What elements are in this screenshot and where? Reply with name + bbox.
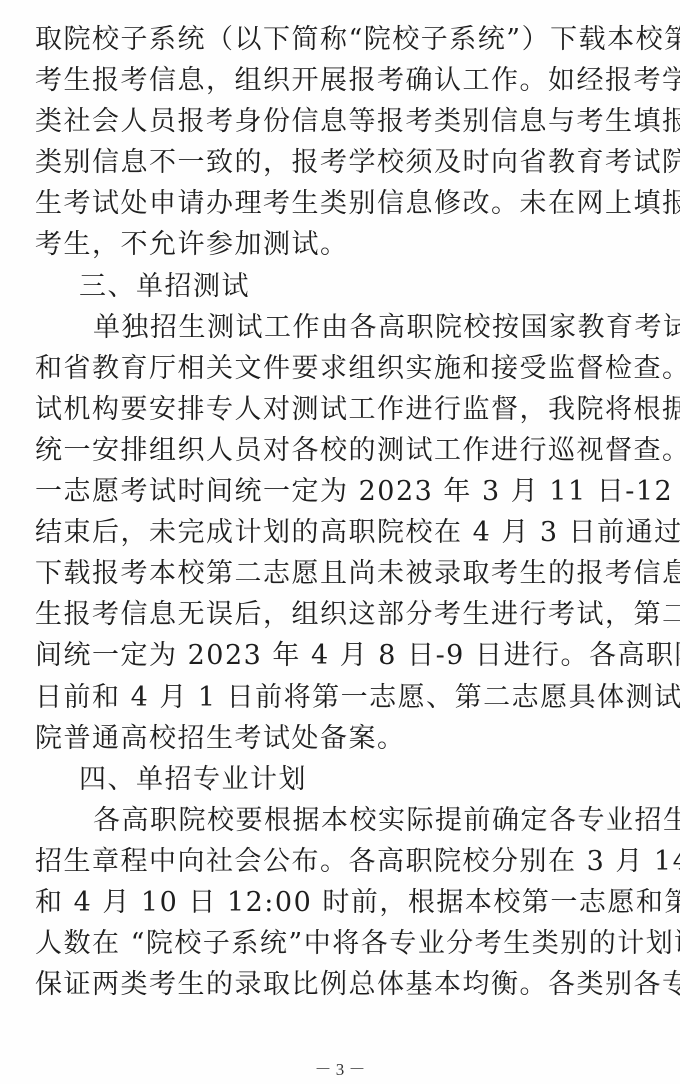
paragraph-line: 一志愿考试时间统一定为 2023 年 3 月 11 日-12 日。第一志愿录取 [35,471,657,512]
document-body: 取院校子系统（以下简称“院校子系统”）下载本校第一志愿的 考生报考信息，组织开展… [35,19,657,1005]
section-heading-4: 四、单招专业计划 [35,759,657,800]
paragraph-line: 和 4 月 10 日 12:00 时前，根据本校第一志愿和第二志愿实际参考 [35,882,657,923]
paragraph-line: 考生，不允许参加测试。 [35,224,657,265]
paragraph-line: 试机构要安排专人对测试工作进行监督，我院将根据省教育厅的 [35,389,657,430]
section-heading-3: 三、单招测试 [35,266,657,307]
paragraph-line: 各高职院校要根据本校实际提前确定各专业招生计划，并在 [35,800,657,841]
paragraph-line: 生考试处申请办理考生类别信息修改。未在网上填报单招志愿的 [35,183,657,224]
paragraph-line: 类别信息不一致的，报考学校须及时向省教育考试院普通高校招 [35,142,657,183]
paragraph-line: 生报考信息无误后，组织这部分考生进行考试，第二志愿考试时 [35,594,657,635]
paragraph-line: 人数在 “院校子系统”中将各专业分考生类别的计划调整到位， [35,923,657,964]
paragraph-line: 日前和 4 月 1 日前将第一志愿、第二志愿具体测试时间安排报我 [35,677,657,718]
paragraph-line: 院普通高校招生考试处备案。 [35,718,657,759]
paragraph-line: 取院校子系统（以下简称“院校子系统”）下载本校第一志愿的 [35,19,657,60]
paragraph-line: 单独招生测试工作由各高职院校按国家教育考试的相关规定 [35,307,657,348]
paragraph-line: 和省教育厅相关文件要求组织实施和接受监督检查。市州招生考 [35,348,657,389]
document-page: 取院校子系统（以下简称“院校子系统”）下载本校第一志愿的 考生报考信息，组织开展… [0,0,680,1084]
paragraph-line: 下载报考本校第二志愿且尚未被录取考生的报考信息，经确认考 [35,553,657,594]
paragraph-line: 考生报考信息，组织开展报考确认工作。如经报考学校认定的五 [35,60,657,101]
paragraph-line: 保证两类考生的录取比例总体基本均衡。各类别各专业计划确定 [35,964,657,1005]
paragraph-line: 类社会人员报考身份信息等报考类别信息与考生填报志愿的计划 [35,101,657,142]
paragraph-line: 统一安排组织人员对各校的测试工作进行巡视督查。全省单招第 [35,430,657,471]
page-number: － 3 － [0,1055,680,1080]
paragraph-line: 间统一定为 2023 年 4 月 8 日-9 日进行。各高职院校分别于 3 月 … [35,635,657,676]
paragraph-line: 招生章程中向社会公布。各高职院校分别在 3 月 14 日 12:00 时前 [35,841,657,882]
paragraph-line: 结束后，未完成计划的高职院校在 4 月 3 日前通过“院校子系统” [35,512,657,553]
